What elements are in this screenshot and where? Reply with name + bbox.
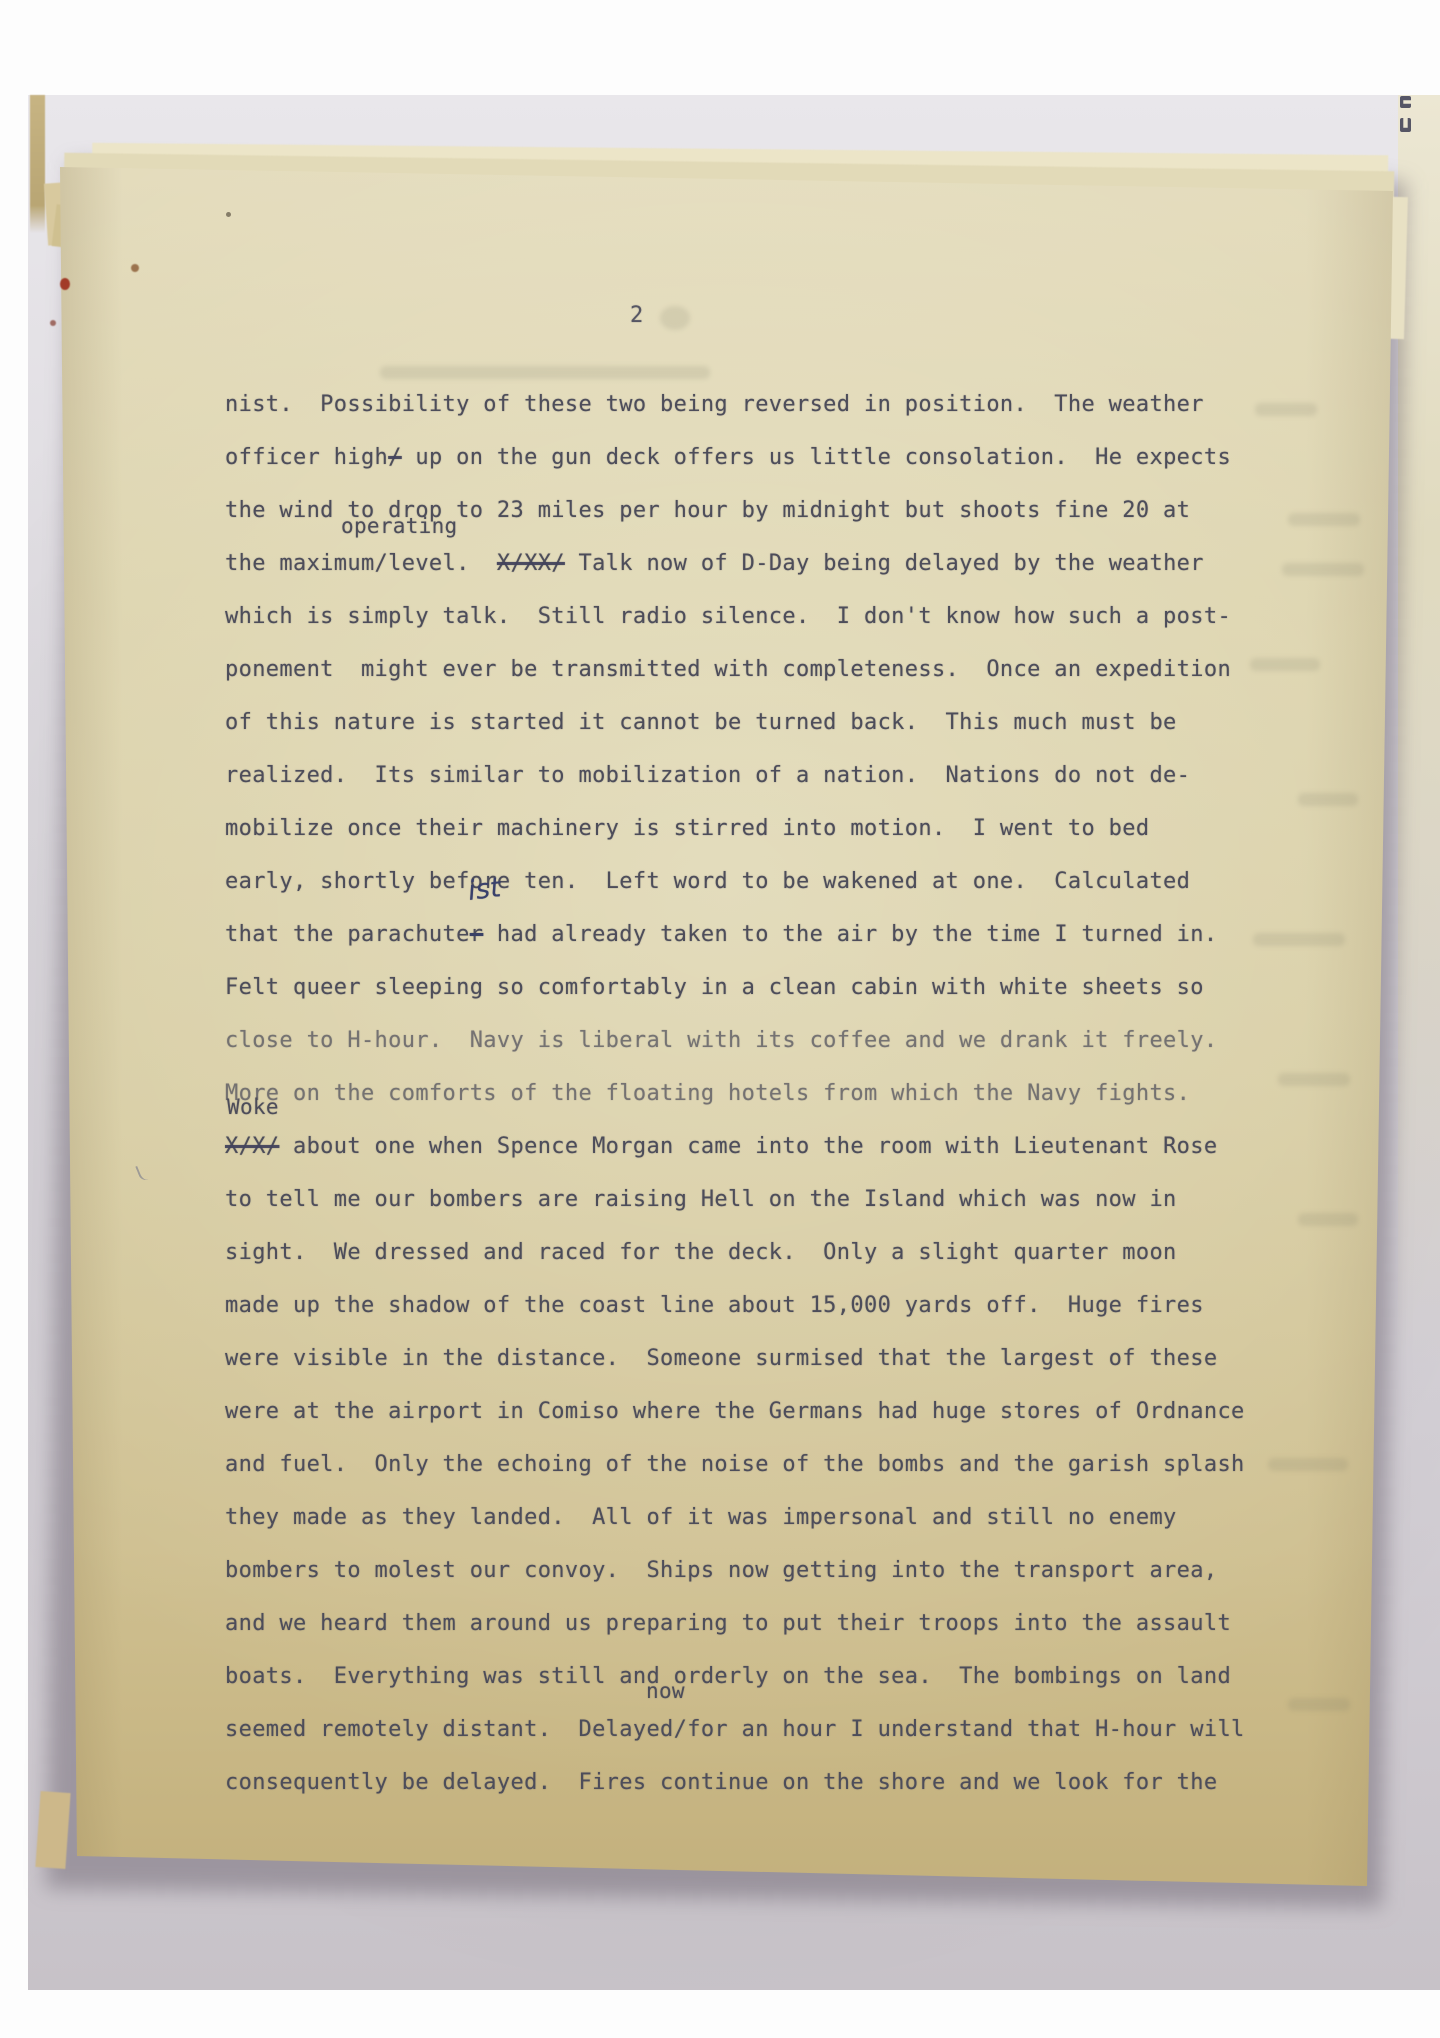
typed-line: ponement might ever be transmitted with …: [225, 643, 1249, 696]
page-number: 2: [630, 303, 644, 328]
typed-text: were at the airport in Comiso where the …: [225, 1399, 1245, 1424]
struck-text: /: [388, 445, 402, 470]
interline-insertion-now: now: [646, 1679, 685, 1703]
typed-text: and fuel. Only the echoing of the noise …: [225, 1452, 1245, 1477]
red-ink-stain: [60, 278, 70, 290]
typed-line: which is simply talk. Still radio silenc…: [225, 590, 1249, 643]
typed-line: X/X/ about one when Spence Morgan came i…: [225, 1120, 1249, 1173]
typed-line: Felt queer sleeping so comfortably in a …: [225, 961, 1249, 1014]
paper-speck: [226, 212, 231, 217]
typed-text: early, shortly before ten. Left word to …: [225, 869, 1190, 894]
typed-line: early, shortly before ten. Left word to …: [225, 855, 1249, 908]
typed-line: mobilize once their machinery is stirred…: [225, 802, 1249, 855]
bleed-through-mark: [1255, 403, 1317, 416]
typed-text: they made as they landed. All of it was …: [225, 1505, 1177, 1530]
typed-line: officer high/ up on the gun deck offers …: [225, 431, 1249, 484]
brown-stain: [131, 264, 139, 272]
typed-line: and fuel. Only the echoing of the noise …: [225, 1438, 1249, 1491]
typed-text: boats. Everything was still and orderly …: [225, 1664, 1231, 1689]
bleed-through-mark: [1250, 658, 1320, 671]
typed-line: boats. Everything was still and orderly …: [225, 1650, 1249, 1703]
undersheet-corner: [35, 1791, 70, 1869]
handwritten-correction-ist: ist: [466, 872, 503, 907]
typed-line: bombers to molest our convoy. Ships now …: [225, 1544, 1249, 1597]
typed-text: about one when Spence Morgan came into t…: [279, 1134, 1217, 1159]
typed-line: they made as they landed. All of it was …: [225, 1491, 1249, 1544]
scanned-diary-page: { "document": { "page_number": "2", "typ…: [0, 0, 1440, 2038]
typed-text: were visible in the distance. Someone su…: [225, 1346, 1217, 1371]
typed-text: seemed remotely distant. Delayed/for an …: [225, 1717, 1245, 1742]
typed-line: consequently be delayed. Fires continue …: [225, 1756, 1249, 1809]
typed-line: the maximum/level. X/XX/ Talk now of D-D…: [225, 537, 1249, 590]
typed-line: were visible in the distance. Someone su…: [225, 1332, 1249, 1385]
interline-insertion-woke: Woke: [227, 1095, 279, 1119]
bleed-through-mark: [380, 366, 710, 379]
typed-text: of this nature is started it cannot be t…: [225, 710, 1177, 735]
struck-text: X/X/: [225, 1134, 279, 1159]
typed-text: nist. Possibility of these two being rev…: [225, 392, 1204, 417]
typed-line: made up the shadow of the coast line abo…: [225, 1279, 1249, 1332]
typed-line: close to H-hour. Navy is liberal with it…: [225, 1014, 1249, 1067]
typed-line: and we heard them around us preparing to…: [225, 1597, 1249, 1650]
bleed-through-mark: [1288, 1698, 1350, 1711]
typed-text: bombers to molest our convoy. Ships now …: [225, 1558, 1217, 1583]
typed-text: ponement might ever be transmitted with …: [225, 657, 1231, 682]
bleed-through-mark: [1268, 1458, 1348, 1471]
typed-text: Talk now of D-Day being delayed by the w…: [565, 551, 1204, 576]
typed-line: were at the airport in Comiso where the …: [225, 1385, 1249, 1438]
typed-text: had already taken to the air by the time…: [483, 922, 1217, 947]
typed-text: to tell me our bombers are raising Hell …: [225, 1187, 1177, 1212]
typed-text: which is simply talk. Still radio silenc…: [225, 604, 1231, 629]
bleed-through-mark: [660, 306, 690, 330]
typed-text: realized. Its similar to mobilization of…: [225, 763, 1190, 788]
typed-text: close to H-hour. Navy is liberal with it…: [225, 1028, 1217, 1053]
typed-text: that the parachute: [225, 922, 470, 947]
typed-text: consequently be delayed. Fires continue …: [225, 1770, 1217, 1795]
loose-sheet-edge-left: [30, 95, 45, 233]
bleed-through-mark: [1278, 1073, 1350, 1086]
struck-text: r: [470, 922, 484, 947]
bleed-through-mark: [1298, 793, 1358, 806]
bleed-through-mark: [1298, 1213, 1358, 1226]
bleed-through-mark: [1282, 563, 1364, 576]
typed-line: nist. Possibility of these two being rev…: [225, 378, 1249, 431]
typed-text: the maximum/level.: [225, 551, 497, 576]
typed-text: More on the comforts of the floating hot…: [225, 1081, 1190, 1106]
struck-text: X/XX/: [497, 551, 565, 576]
typed-line: that the parachuter had already taken to…: [225, 908, 1249, 961]
typed-line: More on the comforts of the floating hot…: [225, 1067, 1249, 1120]
typed-text: up on the gun deck offers us little cons…: [402, 445, 1231, 470]
typed-line: sight. We dressed and raced for the deck…: [225, 1226, 1249, 1279]
typed-text: and we heard them around us preparing to…: [225, 1611, 1231, 1636]
typed-text: officer high: [225, 445, 388, 470]
typed-text: Felt queer sleeping so comfortably in a …: [225, 975, 1204, 1000]
typed-line: to tell me our bombers are raising Hell …: [225, 1173, 1249, 1226]
typed-text: made up the shadow of the coast line abo…: [225, 1293, 1204, 1318]
typed-line: seemed remotely distant. Delayed/for an …: [225, 1703, 1249, 1756]
typed-line: realized. Its similar to mobilization of…: [225, 749, 1249, 802]
paper-speck: [50, 320, 56, 326]
typed-text: mobilize once their machinery is stirred…: [225, 816, 1149, 841]
typed-text: sight. We dressed and raced for the deck…: [225, 1240, 1177, 1265]
interline-insertion-operating: operating: [341, 514, 458, 538]
typed-line: of this nature is started it cannot be t…: [225, 696, 1249, 749]
bleed-through-mark: [1253, 933, 1345, 946]
typed-text-block: nist. Possibility of these two being rev…: [225, 378, 1249, 1809]
bleed-through-mark: [1288, 513, 1360, 526]
